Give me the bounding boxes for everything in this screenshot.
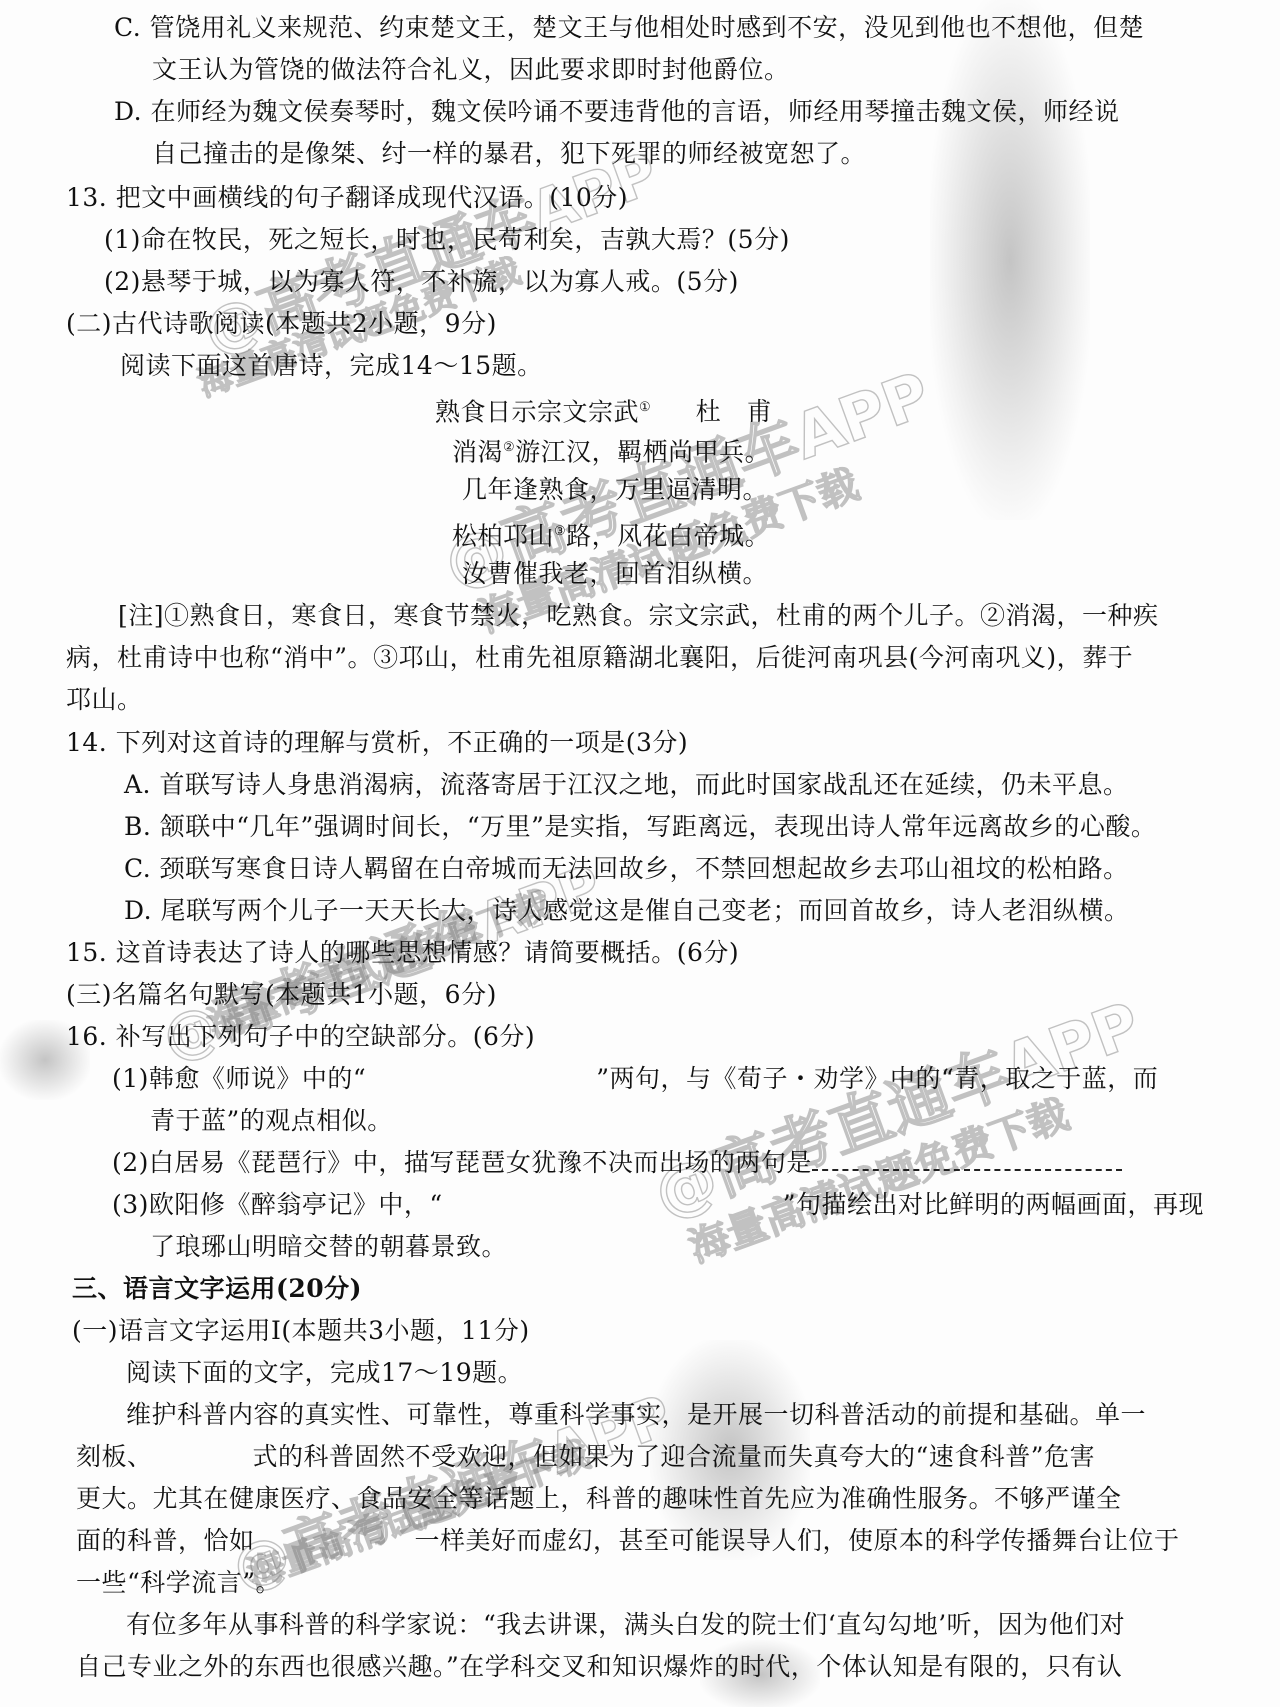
exam-page-lower [0, 0, 1280, 1707]
